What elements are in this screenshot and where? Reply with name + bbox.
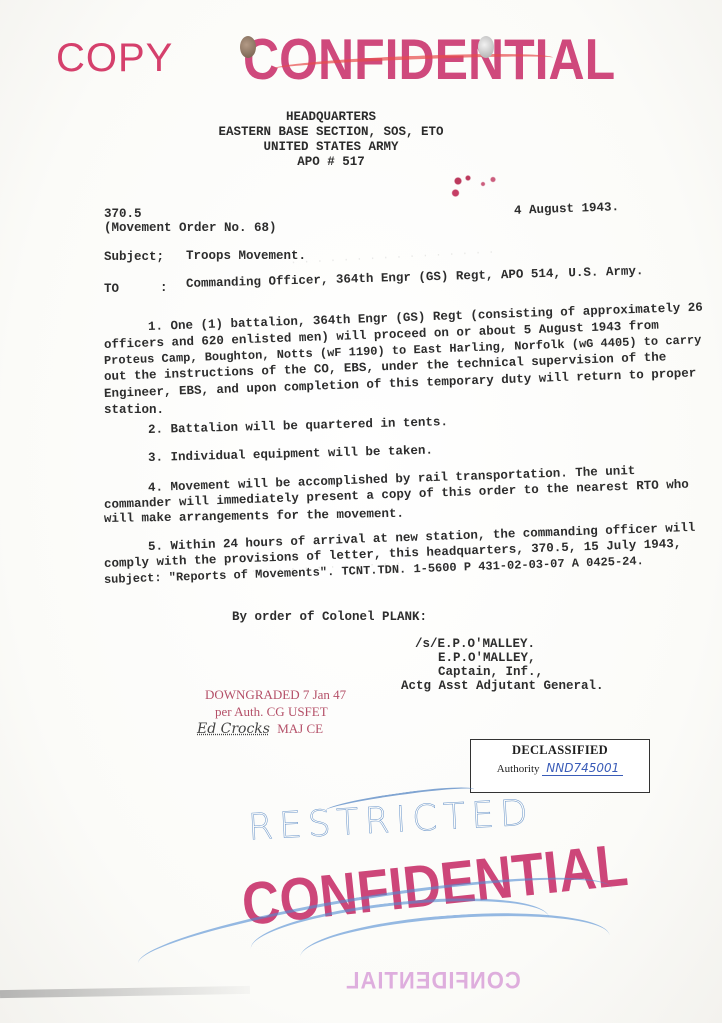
to-label: TO	[104, 282, 119, 296]
staple-hole-icon	[478, 36, 494, 58]
restricted-handwriting: RESTRICTED	[247, 793, 535, 849]
staple-hole-icon	[240, 36, 256, 58]
authority-label: Authority	[497, 763, 540, 775]
file-number: 370.5	[104, 207, 142, 221]
declassified-stamp: DECLASSIFIED Authority NND745001	[470, 739, 650, 793]
subject-value: Troops Movement.	[186, 249, 306, 263]
confidential-stamp-top: CONFIDENTIAL	[243, 26, 615, 93]
downgraded-stamp: DOWNGRADED 7 Jan 47 per Auth. CG USFET E…	[205, 686, 346, 738]
movement-order-number: (Movement Order No. 68)	[104, 221, 277, 235]
downgraded-signature-line: Ed Crocks MAJ CE	[197, 720, 346, 738]
confidential-stamp-mirrored: CONFIDENTIAL	[345, 967, 521, 996]
declassified-title: DECLASSIFIED	[471, 743, 649, 758]
handwritten-signature: Ed Crocks	[197, 721, 270, 737]
letterhead-line: EASTERN BASE SECTION, SOS, ETO	[0, 125, 692, 140]
page-edge-shadow	[0, 986, 250, 998]
letterhead-line: APO # 517	[0, 155, 692, 170]
red-ink-splatter	[448, 172, 498, 202]
letterhead-line: HEADQUARTERS	[0, 110, 692, 125]
paragraph-line: station.	[104, 403, 164, 417]
copy-stamp: COPY	[56, 36, 173, 81]
letterhead-line: UNITED STATES ARMY	[0, 140, 692, 155]
declassified-authority: Authority NND745001	[471, 761, 649, 775]
paragraph-2: 2. Battalion will be quartered in tents.	[148, 415, 448, 437]
to-value: Commanding Officer, 364th Engr (GS) Regt…	[186, 264, 644, 291]
document-page: . . . . . . . . . . . . . . . . . . . . …	[0, 0, 722, 1023]
letterhead: HEADQUARTERS EASTERN BASE SECTION, SOS, …	[0, 110, 692, 170]
document-date: 4 August 1943.	[514, 200, 619, 218]
downgraded-line: MAJ CE	[277, 721, 323, 736]
downgraded-line: per Auth. CG USFET	[205, 703, 346, 720]
signer-rank: Captain, Inf.,	[438, 665, 543, 679]
downgraded-line: DOWNGRADED 7 Jan 47	[205, 686, 346, 703]
authority-value: NND745001	[542, 761, 623, 776]
paragraph-3: 3. Individual equipment will be taken.	[148, 444, 433, 465]
to-separator: :	[160, 281, 168, 295]
signed-line: /s/E.P.O'MALLEY.	[415, 637, 535, 651]
subject-label: Subject;	[104, 250, 164, 264]
signer-name: E.P.O'MALLEY,	[438, 651, 536, 665]
bleed-through-text: . . . . . . . . . . . . . . . .	[290, 245, 495, 268]
signer-title: Actg Asst Adjutant General.	[401, 679, 604, 693]
order-authority: By order of Colonel PLANK:	[232, 610, 427, 624]
